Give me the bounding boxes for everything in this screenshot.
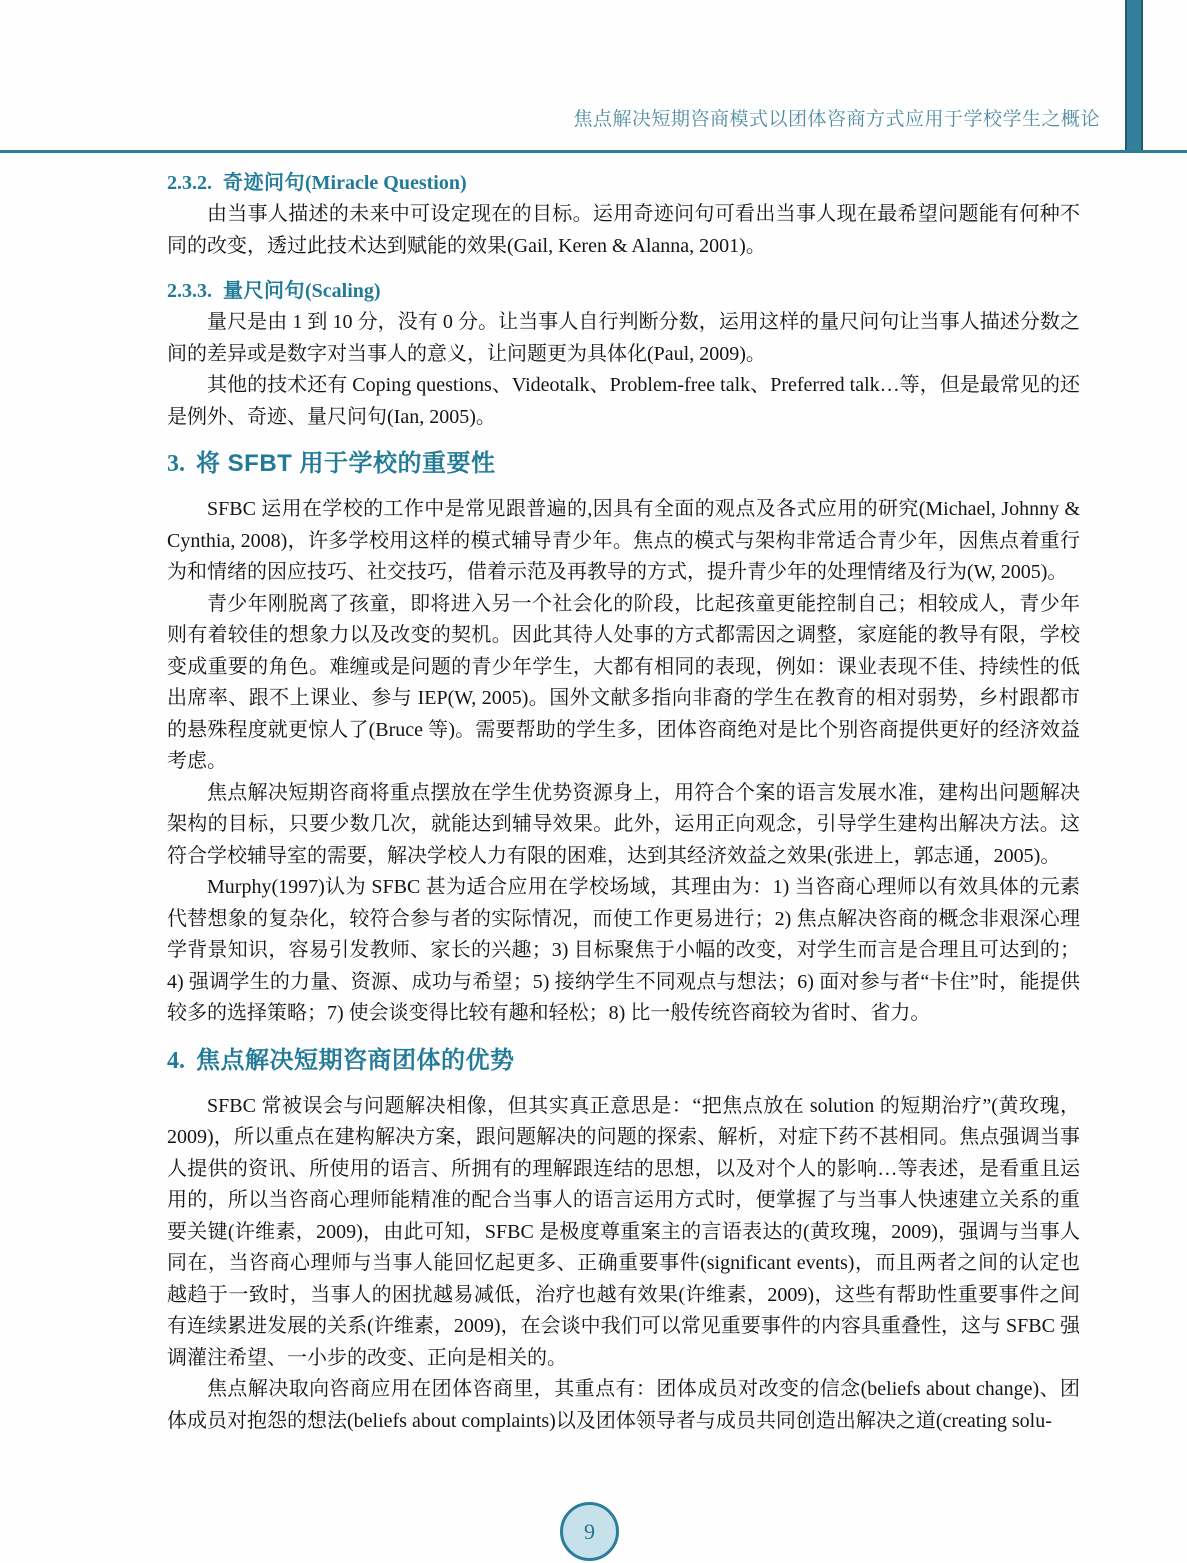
body-paragraph: 其他的技术还有 Coping questions、Videotalk、Probl… [167, 370, 1080, 433]
body-paragraph: 量尺是由 1 到 10 分，没有 0 分。让当事人自行判断分数，运用这样的量尺问… [167, 307, 1080, 370]
heading-num: 3. [167, 451, 185, 477]
document-body: 2.3.2.奇迹问句(Miracle Question)由当事人描述的未来中可设… [167, 154, 1080, 1437]
corner-accent-bar [1125, 0, 1143, 152]
body-paragraph: 焦点解决短期咨商将重点摆放在学生优势资源身上，用符合个案的语言发展水准，建构出问… [167, 778, 1080, 873]
heading-zh: 焦点解决短期咨商团体的优势 [196, 1047, 515, 1074]
body-paragraph: SFBC 运用在学校的工作中是常见跟普遍的,因具有全面的观点及各式应用的研究(M… [167, 494, 1080, 589]
heading-zh: 奇迹问句 [223, 172, 305, 194]
body-paragraph: 焦点解决取向咨商应用在团体咨商里，其重点有：团体成员对改变的信念(beliefs… [167, 1374, 1080, 1437]
heading-en: (Miracle Question) [305, 172, 467, 194]
paper-page: 焦点解决短期咨商模式以团体咨商方式应用于学校学生之概论 2.3.2.奇迹问句(M… [0, 0, 1187, 1563]
heading-num: 2.3.3. [167, 280, 212, 302]
header-rule [0, 150, 1187, 153]
section-heading: 2.3.2.奇迹问句(Miracle Question) [167, 170, 1080, 196]
heading-num: 2.3.2. [167, 172, 212, 194]
heading-en: (Scaling) [305, 280, 381, 302]
heading-zh: 量尺问句 [223, 280, 305, 302]
body-paragraph: 青少年刚脱离了孩童，即将进入另一个社会化的阶段，比起孩童更能控制自己；相较成人，… [167, 589, 1080, 778]
page-number-badge: 9 [560, 1502, 619, 1561]
section-heading: 3.将 SFBT 用于学校的重要性 [167, 448, 1080, 480]
heading-zh: 将 SFBT 用于学校的重要性 [196, 450, 496, 477]
running-head: 焦点解决短期咨商模式以团体咨商方式应用于学校学生之概论 [0, 106, 1100, 134]
heading-num: 4. [167, 1048, 185, 1074]
section-heading: 4.焦点解决短期咨商团体的优势 [167, 1045, 1080, 1077]
body-paragraph: SFBC 常被误会与问题解决相像，但其实真正意思是：“把焦点放在 solutio… [167, 1091, 1080, 1375]
section-heading: 2.3.3.量尺问句(Scaling) [167, 278, 1080, 304]
body-paragraph: 由当事人描述的未来中可设定现在的目标。运用奇迹问句可看出当事人现在最希望问题能有… [167, 199, 1080, 262]
body-paragraph: Murphy(1997)认为 SFBC 甚为适合应用在学校场域，其理由为：1) … [167, 872, 1080, 1030]
